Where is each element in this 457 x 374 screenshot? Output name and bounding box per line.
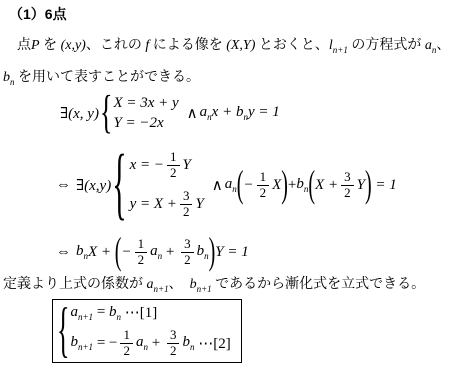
text-run: による像を [149, 38, 226, 53]
var-a-sub-n: an [150, 243, 162, 261]
iff-arrow-icon: ⇔ [56, 244, 71, 261]
text-run: X + [88, 244, 115, 261]
var-b-sub-n: bn [182, 334, 194, 352]
var-b: b [70, 334, 78, 350]
logical-and-icon: ∧ [187, 104, 198, 123]
recurrence-2: bn+1 = − 12 an + 32 bn ⋯[2] [70, 328, 230, 359]
var-a: a [147, 277, 154, 292]
var-X: X [272, 177, 281, 194]
math-document-page: （1）6点 点P を (x,y)、これの f による像を (X,Y) とおくと、… [0, 0, 457, 374]
fraction-3-2: 32 [181, 237, 194, 268]
var-a-sub-n1: an+1 [70, 304, 93, 322]
paragraph-1-line-2: bn を用いて表すことができる。 [3, 69, 200, 87]
left-paren-icon: ( [308, 166, 315, 204]
numerator: 1 [120, 328, 133, 344]
denominator: 2 [257, 186, 270, 201]
left-paren-icon: ( [237, 166, 244, 204]
left-curly-brace-icon: { [57, 300, 69, 361]
plus-sign: + [288, 177, 296, 194]
denominator: 2 [167, 344, 180, 359]
denominator: 2 [167, 166, 180, 181]
text-run: x + [212, 104, 236, 120]
var-b: b [76, 243, 84, 259]
text-run: 、これの [86, 38, 146, 53]
var-b: b [182, 334, 190, 350]
equals-one: = 1 [372, 177, 397, 194]
text-run: の方程式が [348, 38, 425, 53]
var-b-sub-n: bn [296, 176, 308, 194]
plus-sign: + [162, 244, 178, 261]
minus-sign: − [121, 244, 131, 261]
linear-form: anx + bny = 1 [200, 104, 280, 122]
fraction-3-2: 32 [167, 328, 180, 359]
var-Y: Y [357, 177, 365, 194]
subscript: n+1 [333, 45, 348, 55]
fraction-1-2: 12 [120, 328, 133, 359]
var-b: b [197, 243, 205, 259]
denominator: 2 [181, 253, 194, 268]
system-of-equations: x = − 12 Y y = X + 32 Y [130, 150, 204, 220]
var-b: b [3, 70, 10, 85]
text-run: 点 [3, 38, 31, 53]
numerator: 3 [180, 189, 193, 205]
case-line-1: x = − 12 Y [130, 150, 204, 181]
recurrence-system: an+1 = bn ⋯[1] bn+1 = − 12 an + 32 bn ⋯[… [70, 303, 230, 359]
var-P: P [31, 38, 40, 53]
denominator: 2 [180, 205, 193, 220]
paragraph-1-line-1: 点P を (x,y)、これの f による像を (X,Y) とおくと、ln+1 の… [3, 37, 450, 55]
text-run: を [40, 38, 61, 53]
text-run: 定義より上式の係数が [3, 277, 147, 292]
minus-sign: − [243, 177, 253, 194]
equation-label-2: ⋯[2] [194, 334, 230, 353]
var-b: b [190, 277, 197, 292]
text-run: y = X + [130, 196, 177, 213]
denominator: 2 [341, 186, 354, 201]
equals-minus: = − [93, 335, 117, 352]
var-b-sub-n1: bn+1 [70, 334, 93, 352]
var-Y: Y [183, 157, 191, 174]
case-line-2: y = X + 32 Y [130, 189, 204, 220]
denominator: 2 [120, 344, 133, 359]
var-b-sub-n: bn [109, 304, 121, 322]
plus-sign: + [148, 335, 164, 352]
fraction-3-2: 32 [341, 170, 354, 201]
equals-sign: = [93, 304, 109, 321]
fraction-1-2: 12 [257, 170, 270, 201]
numerator: 3 [167, 328, 180, 344]
equals-one: Y = 1 [215, 244, 248, 261]
var-a: a [70, 304, 78, 320]
text-run: 、 [169, 277, 190, 292]
var-a-sub-n: an [136, 334, 148, 352]
numerator: 3 [181, 237, 194, 253]
logical-and-icon: ∧ [212, 176, 223, 195]
equation-2: ⇔ ∃(x,y) { x = − 12 Y y = X + 32 Y ∧ an … [56, 141, 397, 229]
coords-xy: (x,y) [61, 38, 86, 53]
case-line-2: Y = −2x [113, 115, 178, 132]
iff-arrow-icon: ⇔ [56, 177, 71, 194]
var-b-sub-n: bn [197, 243, 209, 261]
var-b-sub-n: bn [76, 243, 88, 261]
paragraph-2: 定義より上式の係数が an+1、 bn+1 であるから漸化式を立式できる。 [3, 276, 425, 294]
fraction-1-2: 12 [167, 150, 180, 181]
equation-label-1: ⋯[1] [121, 303, 157, 322]
numerator: 1 [257, 170, 270, 186]
var-a: a [425, 38, 432, 53]
var-b: b [296, 176, 304, 192]
recurrence-1: an+1 = bn ⋯[1] [70, 303, 230, 322]
fraction-3-2: 32 [180, 189, 193, 220]
subscript: n+1 [78, 312, 93, 322]
denominator: 2 [135, 253, 148, 268]
left-paren-icon: ( [115, 233, 122, 271]
system-of-equations: X = 3x + y Y = −2x [113, 95, 178, 132]
text-run: 、 [436, 38, 450, 53]
left-curly-brace-icon: { [112, 145, 126, 226]
section-heading: （1）6点 [9, 4, 67, 24]
var-b: b [109, 304, 117, 320]
text-run: X + [315, 177, 338, 194]
numerator: 1 [167, 150, 180, 166]
var-a-sub-n: an [225, 176, 237, 194]
right-paren-icon: ) [209, 233, 216, 271]
text-run: であるから漸化式を立式できる。 [212, 277, 426, 292]
numerator: 1 [135, 237, 148, 253]
text-run: とおくと、 [255, 38, 329, 53]
var-a: a [150, 243, 158, 259]
fraction-1-2: 12 [135, 237, 148, 268]
right-paren-icon: ) [365, 166, 372, 204]
subscript: n+1 [154, 284, 169, 294]
text-run: x = − [130, 157, 164, 174]
right-paren-icon: ) [281, 166, 288, 204]
left-curly-brace-icon: { [100, 90, 112, 137]
numerator: 3 [341, 170, 354, 186]
subscript: n+1 [197, 284, 212, 294]
case-line-1: X = 3x + y [113, 95, 178, 112]
exists-quantifier: ∃(x,y) [76, 176, 111, 195]
text-run: を用いて表すことができる。 [15, 70, 201, 85]
result-box: { an+1 = bn ⋯[1] bn+1 = − 12 an + 32 bn … [52, 299, 242, 363]
coords-XY: (X,Y) [226, 38, 255, 53]
subscript: n+1 [78, 342, 93, 352]
exists-quantifier: ∃(x, y) [60, 104, 99, 123]
equation-3: ⇔ bn X + ( − 12 an + 32 bn ) Y = 1 [56, 232, 249, 272]
equation-1: ∃(x, y) { X = 3x + y Y = −2x ∧ anx + bny… [60, 88, 280, 138]
var-Y: Y [195, 196, 203, 213]
text-run: y = 1 [248, 104, 280, 120]
